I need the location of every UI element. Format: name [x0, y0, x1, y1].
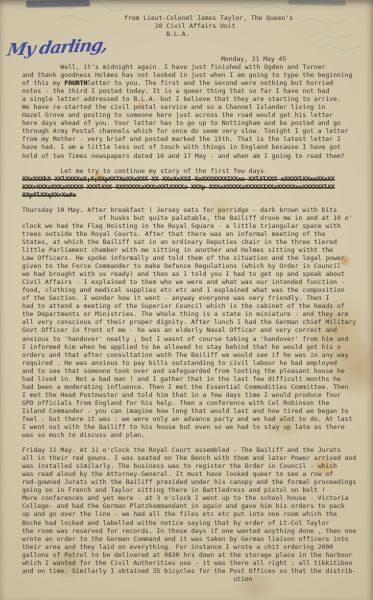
letter-body: Well, it's midnight again. I have just f… [22, 64, 370, 591]
paragraph-opening-continued: letter to you. The first and the second … [22, 80, 349, 159]
paragraph-opening: Well, it's midnight again. I have just f… [22, 64, 370, 161]
date-line: Monday, 21 May 45 [221, 56, 286, 64]
story-intro-line: Let me try to continue my story of the f… [22, 168, 370, 176]
top-edge-stamp-remnant [26, 0, 90, 8]
overtyped-word-fourth: FOURTH [64, 80, 87, 87]
paragraph-thursday-10-may: Thursday 10 May. After breakfast ( Jerse… [22, 207, 370, 440]
letter-page: from Lieut-Colonel James Taylor, The Que… [0, 0, 373, 600]
paragraph-friday-11-may: Friday 11 May. At 11 o'clock the Royal C… [22, 447, 370, 584]
crossed-out-text-block: XXxXXXkX XXlXXXXxX;X;XXpXXTXxXXxXXX XX X… [22, 176, 370, 200]
sender-address-block: from Lieut-Colonel James Taylor, The Que… [124, 15, 293, 39]
handwritten-salutation: My darling, [5, 35, 109, 60]
top-edge-smudge [288, 0, 346, 6]
